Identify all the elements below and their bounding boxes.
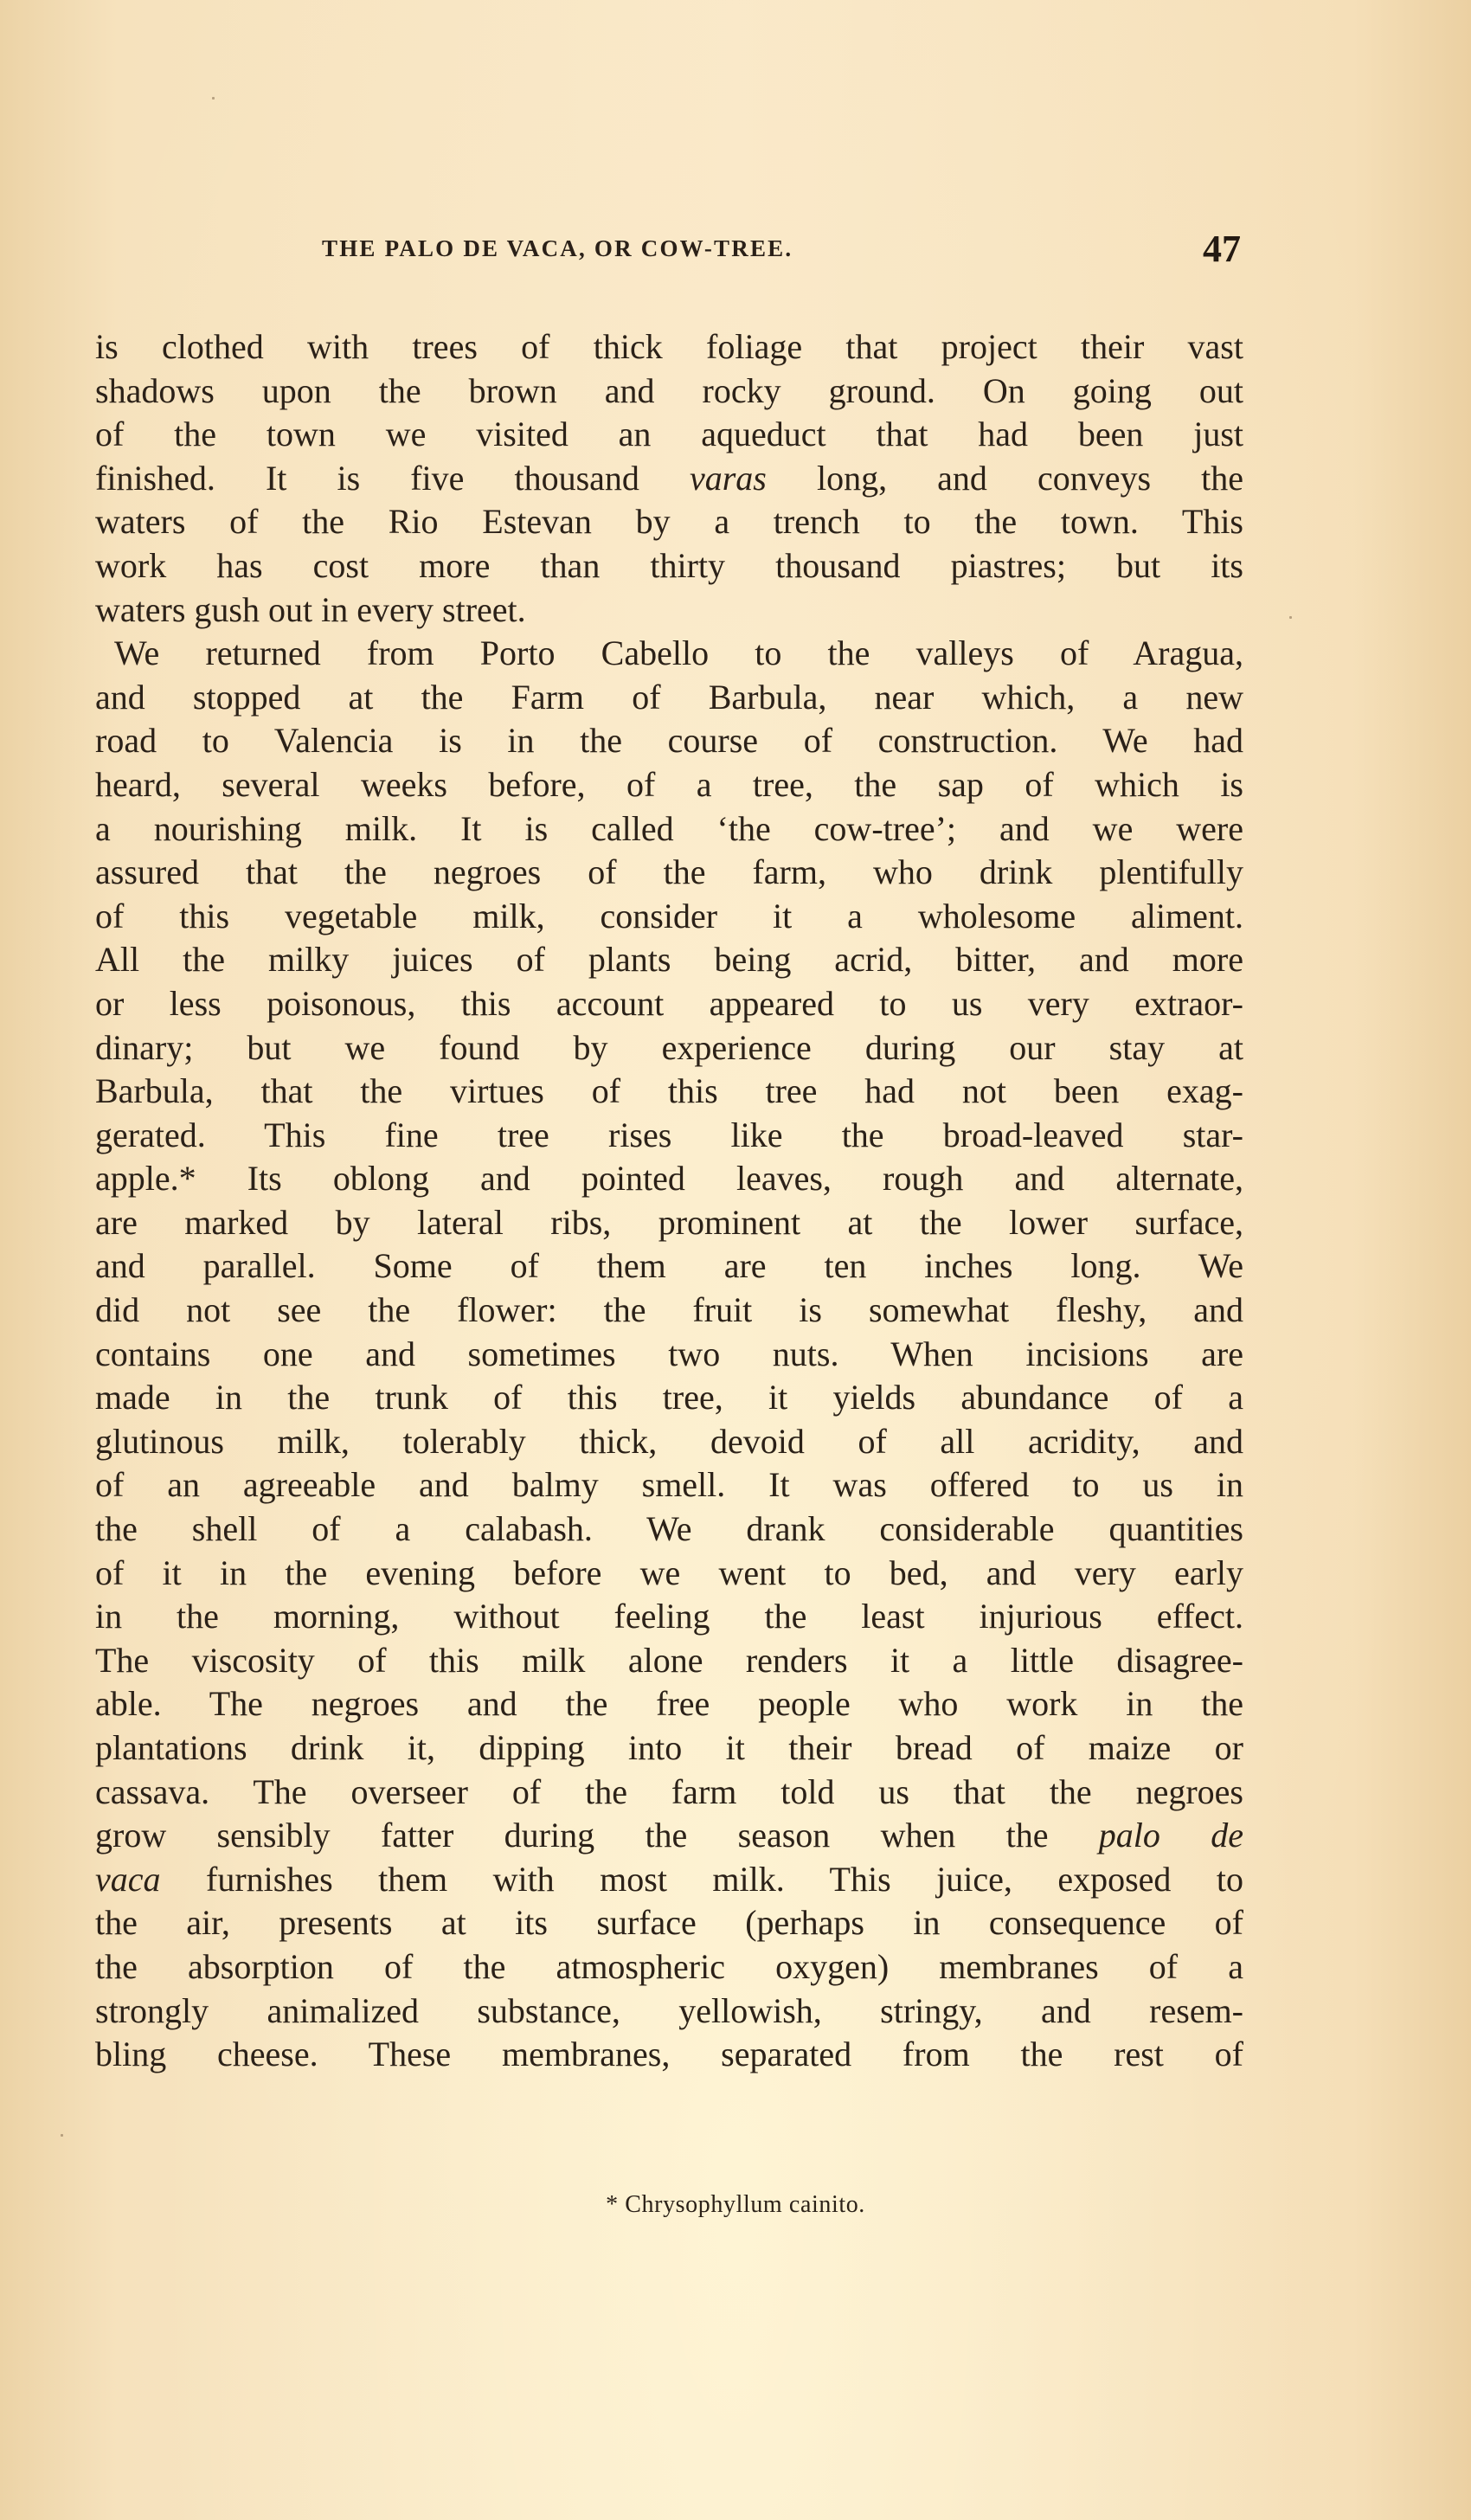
text-line: The viscosity of this milk alone renders… xyxy=(95,1639,1243,1683)
text-line: All the milky juices of plants being acr… xyxy=(95,938,1243,982)
text-line: the absorption of the atmospheric oxygen… xyxy=(95,1945,1243,1990)
text-line: and parallel. Some of them are ten inche… xyxy=(95,1244,1243,1289)
text-line: glutinous milk, tolerably thick, devoid … xyxy=(95,1420,1243,1464)
text-line: road to Valencia is in the course of con… xyxy=(95,719,1243,763)
running-head: THE PALO DE VACA, OR COW-TREE. 47 xyxy=(322,227,1241,270)
text-line: work has cost more than thirty thousand … xyxy=(95,544,1243,588)
text-line: are marked by lateral ribs, prominent at… xyxy=(95,1201,1243,1245)
text-line: the air, presents at its surface (perhap… xyxy=(95,1901,1243,1945)
text-line: heard, several weeks before, of a tree, … xyxy=(95,763,1243,807)
text-line: the shell of a calabash. We drank consid… xyxy=(95,1507,1243,1552)
paragraph-start-line: We returned from Porto Cabello to the va… xyxy=(95,632,1243,676)
text-line: dinary; but we found by experience durin… xyxy=(95,1026,1243,1070)
text-line: waters of the Rio Estevan by a trench to… xyxy=(95,500,1243,544)
text-line: cassava. The overseer of the farm told u… xyxy=(95,1771,1243,1815)
text-line: of it in the evening before we went to b… xyxy=(95,1552,1243,1596)
text-line: or less poisonous, this account appeared… xyxy=(95,982,1243,1026)
paper-speck xyxy=(212,97,215,100)
text-segment: long, and conveys the xyxy=(767,459,1243,498)
text-segment: finished. It is five thousand xyxy=(95,459,690,498)
page-number: 47 xyxy=(1203,227,1241,271)
text-line: strongly animalized substance, yellowish… xyxy=(95,1990,1243,2034)
text-line: grow sensibly fatter during the season w… xyxy=(95,1814,1243,1858)
book-page: THE PALO DE VACA, OR COW-TREE. 47 is clo… xyxy=(0,0,1471,2520)
text-line: did not see the flower: the fruit is som… xyxy=(95,1289,1243,1333)
text-line: assured that the negroes of the farm, wh… xyxy=(95,851,1243,895)
text-line: and stopped at the Farm of Barbula, near… xyxy=(95,676,1243,720)
italic-term: palo de xyxy=(1099,1816,1243,1855)
text-line: finished. It is five thousand varas long… xyxy=(95,457,1243,501)
footnote: * Chrysophyllum cainito. xyxy=(0,2191,1471,2219)
text-line: of an agreeable and balmy smell. It was … xyxy=(95,1463,1243,1507)
text-line: Barbula, that the virtues of this tree h… xyxy=(95,1070,1243,1114)
text-line: in the morning, without feeling the leas… xyxy=(95,1595,1243,1639)
text-line: gerated. This fine tree rises like the b… xyxy=(95,1114,1243,1158)
paper-speck xyxy=(1289,616,1292,619)
text-line: a nourishing milk. It is called ‘the cow… xyxy=(95,807,1243,852)
italic-term: vaca xyxy=(95,1860,161,1899)
text-line: made in the trunk of this tree, it yield… xyxy=(95,1376,1243,1420)
text-line: is clothed with trees of thick foliage t… xyxy=(95,325,1243,370)
italic-term: varas xyxy=(690,459,767,498)
text-line: of this vegetable milk, consider it a wh… xyxy=(95,895,1243,939)
text-segment: grow sensibly fatter during the season w… xyxy=(95,1816,1099,1855)
text-line-with-footnote-ref: apple.* Its oblong and pointed leaves, r… xyxy=(95,1157,1243,1201)
text-line: vaca furnishes them with most milk. This… xyxy=(95,1858,1243,1902)
running-title: THE PALO DE VACA, OR COW-TREE. xyxy=(322,235,793,262)
paragraph-end-line: waters gush out in every street. xyxy=(95,588,1243,633)
text-line: bling cheese. These membranes, separated… xyxy=(95,2033,1243,2077)
text-line: shadows upon the brown and rocky ground.… xyxy=(95,370,1243,414)
body-text: is clothed with trees of thick foliage t… xyxy=(95,325,1243,2077)
paper-speck xyxy=(61,2134,63,2137)
text-line: plantations drink it, dipping into it th… xyxy=(95,1726,1243,1771)
text-line: of the town we visited an aqueduct that … xyxy=(95,413,1243,457)
text-line: contains one and sometimes two nuts. Whe… xyxy=(95,1333,1243,1377)
text-line: able. The negroes and the free people wh… xyxy=(95,1682,1243,1726)
text-segment: furnishes them with most milk. This juic… xyxy=(161,1860,1243,1899)
